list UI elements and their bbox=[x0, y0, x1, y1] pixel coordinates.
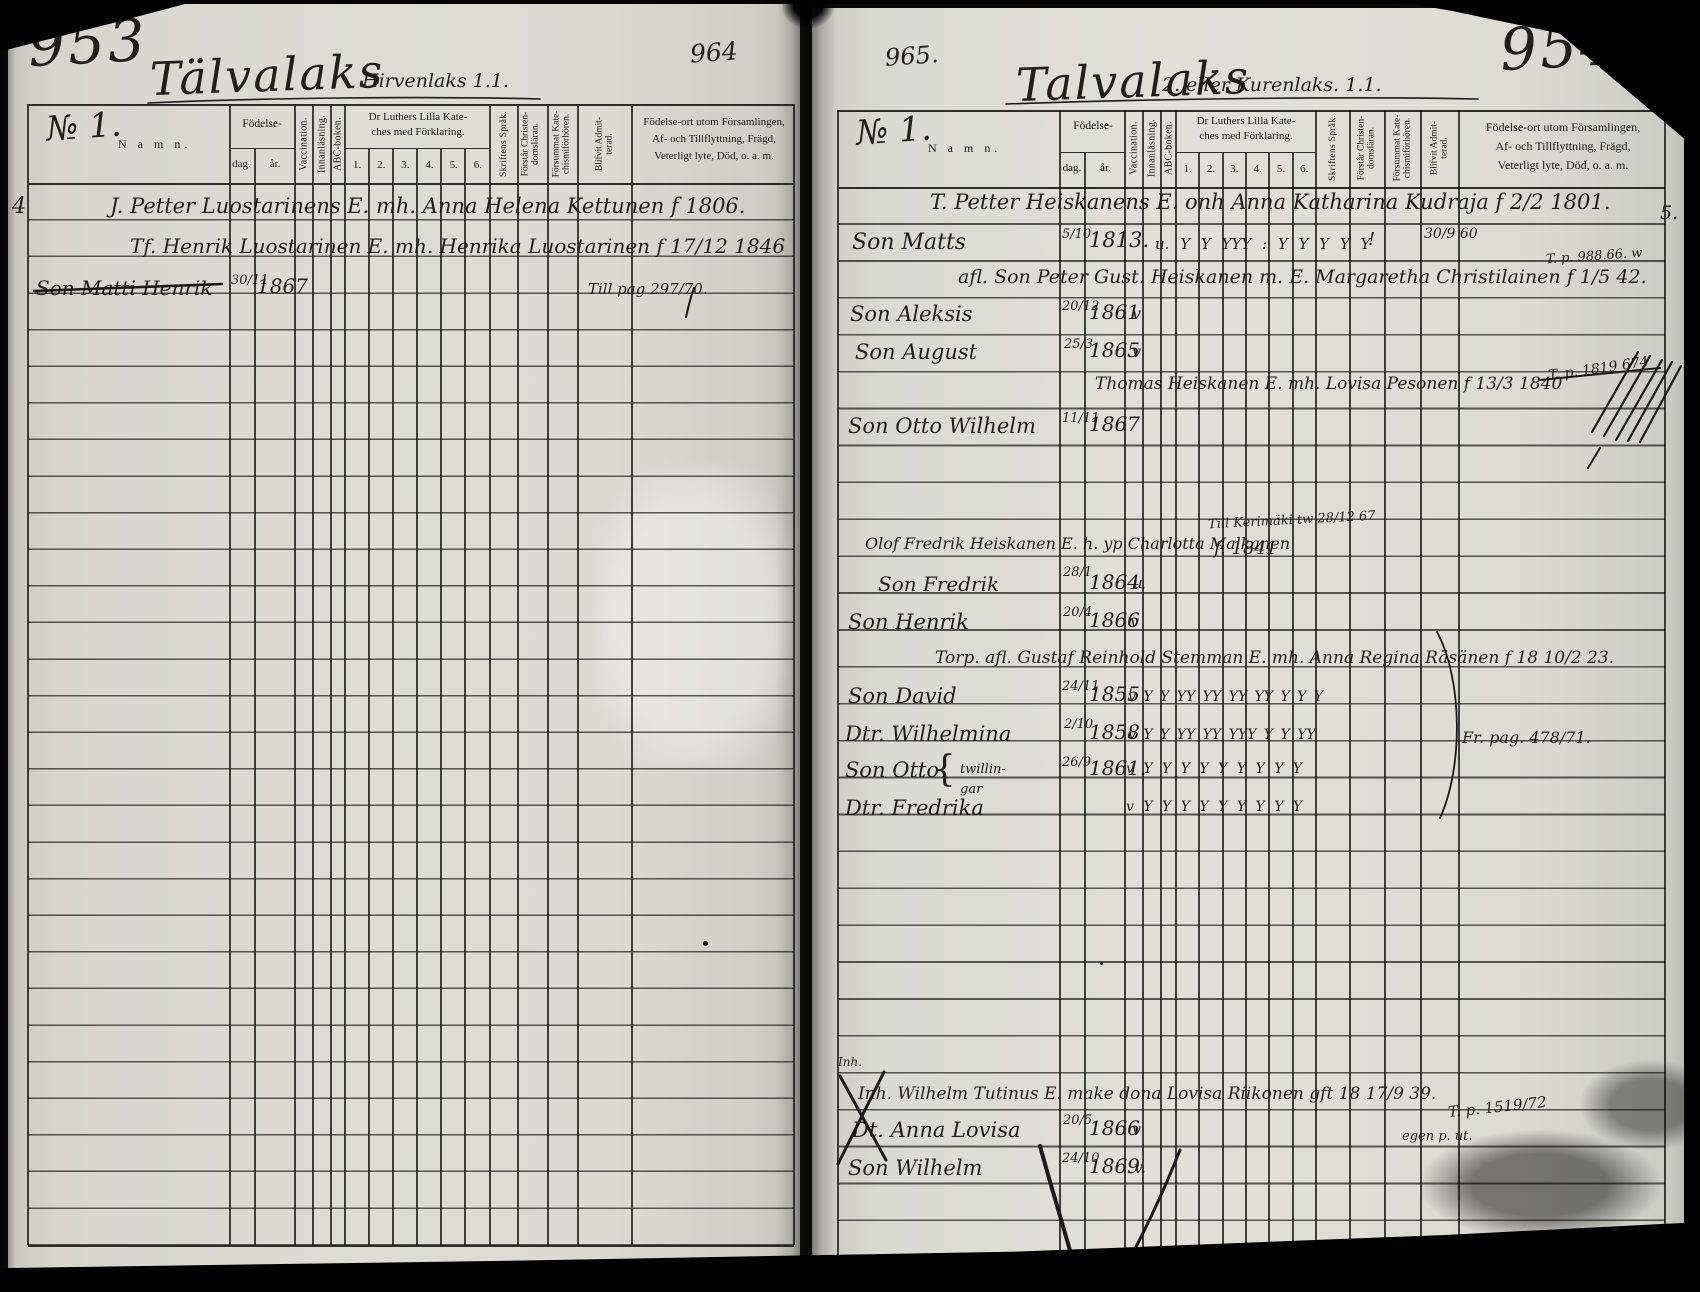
entry-name: Son Otto Wilhelm bbox=[848, 416, 1036, 437]
column-rule bbox=[1349, 110, 1350, 1258]
row-lines-left bbox=[28, 184, 794, 1245]
column-rule bbox=[1175, 110, 1176, 1258]
entry-birth-year: 1813. bbox=[1089, 230, 1149, 251]
column-header-innanlasning: Innanläsning. bbox=[317, 115, 328, 173]
entry-birth-day: 28/1 bbox=[1063, 566, 1092, 579]
column-header-fodelse: Födelse- bbox=[228, 118, 296, 131]
column-header-skriftens: Skriftens Språk. bbox=[1328, 115, 1338, 181]
column-header-forstar: Förstår Christen- domsläran. bbox=[521, 101, 542, 187]
column-header-abc: ABC-boken. bbox=[333, 117, 344, 171]
column-rule bbox=[229, 104, 230, 1245]
column-header-namn: N a m n. bbox=[118, 138, 191, 152]
entry-name: T. Petter Heiskanens E. onh Anna Kathari… bbox=[930, 192, 1610, 213]
entry-birth-day: 5/10 bbox=[1062, 228, 1091, 241]
entry-exam-marks: v Y Y Y Y Y Y Y Y Y bbox=[1126, 800, 1302, 814]
kateches-col-1: 1. bbox=[1184, 163, 1192, 176]
entry-name: Torp. afl. Gustaf Reinhold Stemman E. mh… bbox=[935, 650, 1614, 667]
entry-admitted-date: 30/9 60 bbox=[1424, 227, 1478, 241]
twin-label: twillin- gar bbox=[960, 760, 1006, 800]
column-rule bbox=[1245, 152, 1246, 1258]
scanned-register-spread: 953 Tälvalaks Hirvenlaks 1.1. 964 4 № 1.… bbox=[0, 0, 1700, 1292]
kateches-col-2: 2. bbox=[377, 159, 385, 172]
kateches-col-4: 4. bbox=[425, 159, 433, 172]
column-header-fodelse: Födelse- bbox=[1058, 120, 1128, 133]
entry-vaccination-mark: v bbox=[1130, 614, 1139, 630]
column-header-blifvit: Blifvit Admit- terad. bbox=[595, 101, 616, 187]
column-rule bbox=[631, 104, 632, 1245]
column-header-ar: år. bbox=[1086, 162, 1125, 175]
entry-birth-year: 1867 bbox=[257, 276, 308, 296]
column-rule bbox=[1059, 110, 1060, 1258]
column-header-dag: dag. bbox=[228, 158, 255, 171]
entry-exam-marks: u. Y Y YYY : Y Y Y Y Y bbox=[1155, 237, 1370, 252]
column-rule bbox=[1222, 152, 1223, 1258]
entry-name: J. Petter Luostarinens E. mh. Anna Helen… bbox=[110, 196, 745, 217]
entry-name: Son Fredrik bbox=[878, 574, 999, 594]
entry-name: Dtr. Wilhelmina bbox=[845, 724, 1011, 745]
entry-name: Son Otto bbox=[845, 760, 939, 781]
column-header-forsummat: Försummat Kate- chismiförhören. bbox=[1393, 105, 1414, 191]
kateches-col-2: 2. bbox=[1207, 163, 1215, 176]
entry-name: Dt. Anna Lovisa bbox=[852, 1120, 1021, 1141]
column-rule bbox=[517, 104, 518, 1245]
column-rule bbox=[294, 104, 295, 1245]
column-rule bbox=[440, 148, 441, 1245]
kateches-col-1: 1. bbox=[353, 159, 361, 172]
column-header-innanlasning: Innanläsning. bbox=[1147, 119, 1158, 177]
column-rule bbox=[1142, 110, 1143, 1258]
column-header-kateches: Dr Luthers Lilla Kate- ches med Förklari… bbox=[347, 110, 489, 140]
column-rule bbox=[1458, 110, 1459, 1258]
column-rule bbox=[392, 148, 393, 1245]
column-rule bbox=[464, 148, 465, 1245]
kateches-col-6: 6. bbox=[1300, 163, 1308, 176]
entry-prefix: Inh. bbox=[838, 1056, 862, 1068]
column-header-abc: ABC-boken. bbox=[1164, 121, 1175, 175]
column-header-dag: dag. bbox=[1058, 162, 1086, 175]
table-top-border-left bbox=[28, 104, 794, 106]
page-title-left: Tälvalaks bbox=[149, 48, 385, 102]
entry-vaccination-mark: v bbox=[1132, 344, 1141, 360]
entry-name-struck: Son Matti Henrik bbox=[36, 278, 212, 298]
kateches-col-4: 4. bbox=[1254, 163, 1262, 176]
entry-vaccination-mark: v bbox=[1132, 306, 1141, 322]
column-header-blifvit: Blifvit Admit- terad. bbox=[1430, 105, 1451, 191]
entry-side-note: egen p. ut. bbox=[1402, 1130, 1473, 1143]
column-header-sista: Födelse-ort utom Församlingen, Af- och T… bbox=[634, 114, 794, 165]
entry-name: Son August bbox=[855, 342, 977, 363]
entry-transfer-note: Fr. pag. 478/71. bbox=[1462, 730, 1591, 746]
ink-speck bbox=[1100, 962, 1103, 965]
page-subtitle-left: Hirvenlaks 1.1. bbox=[362, 72, 509, 91]
kateches-col-5: 5. bbox=[450, 159, 458, 172]
entry-name: Son Wilhelm bbox=[848, 1158, 982, 1179]
column-rule bbox=[27, 104, 28, 1245]
column-rule bbox=[312, 104, 313, 1245]
column-rule bbox=[416, 148, 417, 1245]
column-rule bbox=[489, 104, 490, 1245]
column-header-forsummat: Försummat Kate- chismiförhören. bbox=[552, 101, 573, 187]
column-rule bbox=[254, 148, 255, 1245]
column-header-ar: år. bbox=[255, 158, 295, 171]
kateches-col-3: 3. bbox=[401, 159, 409, 172]
entry-name: Son Matts bbox=[852, 232, 966, 254]
table-bottom-border-right bbox=[838, 1258, 1665, 1260]
sheet-number: 964 bbox=[689, 38, 738, 66]
kateches-col-6: 6. bbox=[474, 159, 482, 172]
column-rule bbox=[1292, 152, 1293, 1258]
column-rule bbox=[1664, 110, 1665, 1258]
entry-birth-day: 26/9 bbox=[1062, 756, 1091, 769]
column-rule bbox=[1124, 110, 1125, 1258]
entry-name: Tf. Henrik Luostarinen E. mh. Henrika Lu… bbox=[130, 236, 785, 256]
fodelse-underline-left bbox=[230, 148, 295, 149]
ink-speck bbox=[703, 941, 708, 946]
page-number-right: 954 bbox=[1499, 15, 1622, 79]
column-header-vaccination: Vaccination. bbox=[299, 117, 310, 170]
entry-vaccination-mark: u bbox=[1133, 576, 1143, 591]
entry-transfer-note: Till pag 297/70. bbox=[588, 282, 708, 297]
column-header-namn: N a m n. bbox=[928, 142, 1001, 156]
column-rule bbox=[1084, 152, 1085, 1258]
column-header-skriftens: Skriftens Språk. bbox=[499, 111, 509, 177]
column-rule bbox=[344, 104, 345, 1245]
column-rule bbox=[1384, 110, 1385, 1258]
page-number-left: 953 bbox=[27, 11, 150, 75]
column-header-forstar: Förstår Christen- domsläran. bbox=[1357, 105, 1378, 191]
table-top-border-right bbox=[838, 110, 1665, 112]
entry-name: Son Aleksis bbox=[850, 304, 973, 325]
entry-name: Dtr. Fredrika bbox=[845, 798, 984, 819]
column-header-no: № 1. bbox=[855, 111, 933, 150]
entry-birth-year: 1867 bbox=[1089, 414, 1140, 434]
entry-vaccination-mark: v bbox=[1132, 1122, 1141, 1138]
column-header-no: № 1. bbox=[45, 107, 123, 146]
kateches-col-3: 3. bbox=[1230, 163, 1238, 176]
entry-name: Thomas Heiskanen E. mh. Lovisa Pesonen f… bbox=[1095, 376, 1562, 393]
table-bottom-border-left bbox=[28, 1245, 794, 1247]
column-header-kateches: Dr Luthers Lilla Kate- ches med Förklari… bbox=[1177, 114, 1315, 144]
column-rule bbox=[330, 104, 331, 1245]
column-header-sista: Födelse-ort utom Församlingen, Af- och T… bbox=[1462, 118, 1664, 176]
column-header-vaccination: Vaccination. bbox=[1129, 121, 1140, 174]
entry-name: afl. Son Peter Gust. Heiskanen m. E. Mar… bbox=[958, 268, 1647, 287]
entry-exam-marks: v Y Y Y Y Y Y Y Y Y bbox=[1126, 762, 1302, 776]
column-rule bbox=[547, 104, 548, 1245]
entry-birth-day: 20/4 bbox=[1063, 606, 1092, 619]
column-rule bbox=[1420, 110, 1421, 1258]
entry-name: Son David bbox=[848, 686, 957, 707]
entry-exam-marks: v Y Y YY YY YY YY Y Y Y bbox=[1128, 690, 1323, 704]
column-rule bbox=[368, 148, 369, 1245]
column-rule bbox=[1198, 152, 1199, 1258]
kateches-col-5: 5. bbox=[1277, 163, 1285, 176]
column-rule bbox=[837, 110, 838, 1258]
entry-forstar-mark: ! bbox=[1368, 231, 1375, 249]
twin-brace: { bbox=[933, 752, 956, 788]
column-rule bbox=[1268, 152, 1269, 1258]
entry-birth-day: 20/5 bbox=[1063, 1114, 1092, 1127]
margin-number-left: 4 bbox=[12, 196, 26, 218]
column-rule bbox=[793, 104, 794, 1245]
folio-number: 965. bbox=[884, 42, 939, 70]
entry-name: Son Henrik bbox=[848, 612, 969, 633]
column-rule bbox=[1315, 110, 1316, 1258]
column-rule bbox=[1160, 110, 1161, 1258]
page-subtitle-right: 2. eller Kurenlaks. 1.1. bbox=[1162, 76, 1382, 95]
fodelse-underline-right bbox=[1060, 152, 1125, 153]
column-rule bbox=[577, 104, 578, 1245]
